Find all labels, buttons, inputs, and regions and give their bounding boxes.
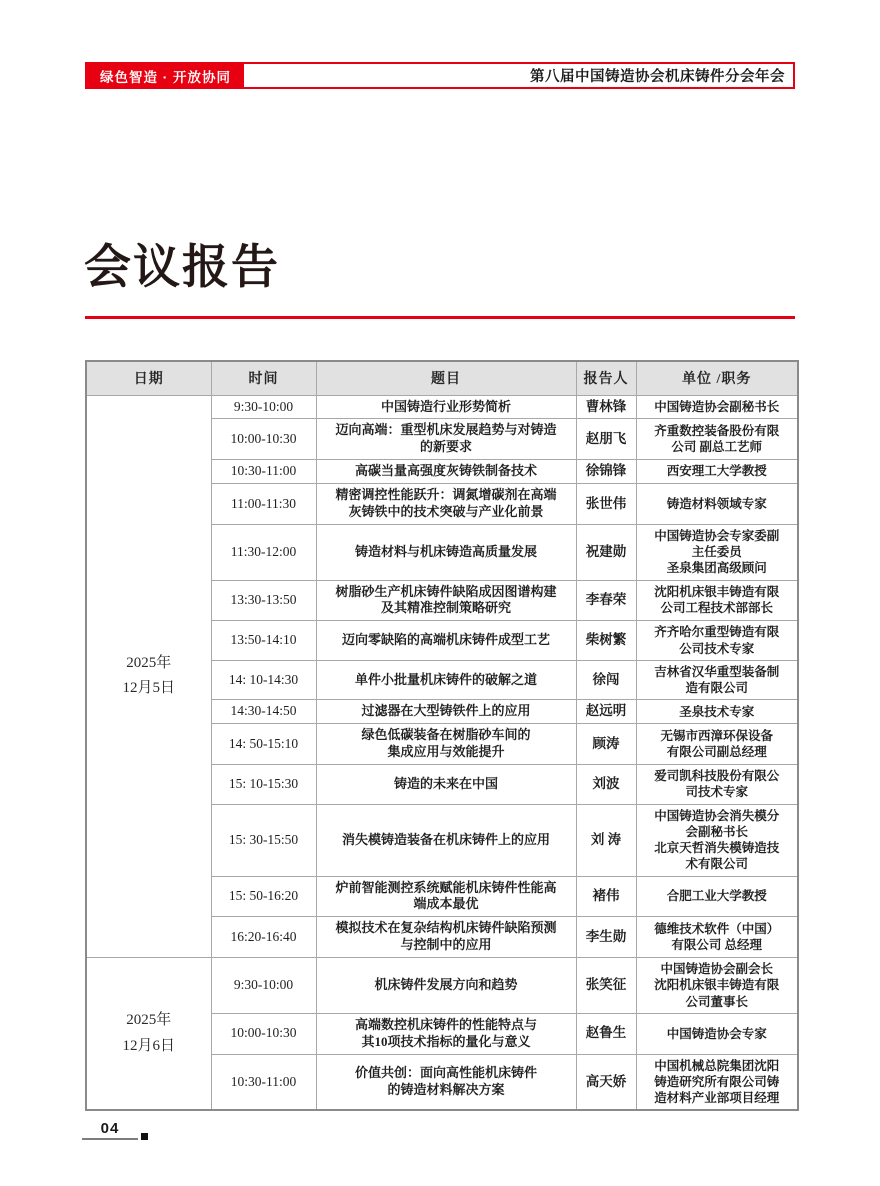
- title-cell: 单件小批量机床铸件的破解之道: [316, 660, 576, 700]
- speaker-cell: 张笑征: [576, 958, 636, 1014]
- time-cell: 15: 50-16:20: [211, 876, 316, 917]
- org-cell: 中国机械总院集团沈阳 铸造研究所有限公司铸 造材料产业部项目经理: [636, 1054, 798, 1110]
- time-cell: 10:00-10:30: [211, 1013, 316, 1054]
- col-header-date: 日期: [86, 361, 211, 395]
- title-cell: 价值共创：面向高性能机床铸件 的铸造材料解决方案: [316, 1054, 576, 1110]
- col-header-speaker: 报告人: [576, 361, 636, 395]
- speaker-cell: 赵鲁生: [576, 1013, 636, 1054]
- org-cell: 齐齐哈尔重型铸造有限 公司技术专家: [636, 621, 798, 661]
- org-cell: 中国铸造协会专家: [636, 1013, 798, 1054]
- page-number-rule: [82, 1138, 138, 1140]
- page-number: 04: [82, 1120, 138, 1137]
- col-header-time: 时间: [211, 361, 316, 395]
- time-cell: 9:30-10:00: [211, 958, 316, 1014]
- speaker-cell: 徐锦锋: [576, 460, 636, 484]
- date-cell: 2025年 12月5日: [86, 395, 211, 958]
- time-cell: 10:00-10:30: [211, 419, 316, 460]
- footer: 04: [82, 1120, 138, 1140]
- org-cell: 中国铸造协会副秘书长: [636, 395, 798, 419]
- page-header-strip: 绿色智造 · 开放协同 第八届中国铸造协会机床铸件分会年会: [85, 62, 795, 89]
- document-page: 绿色智造 · 开放协同 第八届中国铸造协会机床铸件分会年会 会议报告 日期 时间…: [0, 0, 880, 1186]
- date-cell: 2025年 12月6日: [86, 958, 211, 1111]
- agenda-table: 日期 时间 题目 报告人 单位 /职务 2025年 12月5日9:30-10:0…: [85, 360, 799, 1111]
- speaker-cell: 张世伟: [576, 484, 636, 525]
- title-cell: 铸造的未来在中国: [316, 765, 576, 805]
- time-cell: 13:30-13:50: [211, 580, 316, 621]
- speaker-cell: 刘波: [576, 765, 636, 805]
- speaker-cell: 高天娇: [576, 1054, 636, 1110]
- col-header-title: 题目: [316, 361, 576, 395]
- speaker-cell: 赵远明: [576, 700, 636, 724]
- org-cell: 中国铸造协会消失模分 会副秘书长 北京天哲消失模铸造技 术有限公司: [636, 804, 798, 876]
- col-header-org: 单位 /职务: [636, 361, 798, 395]
- time-cell: 14: 50-15:10: [211, 724, 316, 765]
- page-title: 会议报告: [84, 230, 280, 297]
- org-cell: 德维技术软件（中国） 有限公司 总经理: [636, 917, 798, 958]
- org-cell: 中国铸造协会专家委副 主任委员 圣泉集团高级顾问: [636, 524, 798, 580]
- title-cell: 高碳当量高强度灰铸铁制备技术: [316, 460, 576, 484]
- agenda-table-body: 2025年 12月5日9:30-10:00中国铸造行业形势简析曹林锋中国铸造协会…: [86, 395, 798, 1110]
- title-cell: 迈向高端：重型机床发展趋势与对铸造 的新要求: [316, 419, 576, 460]
- title-cell: 中国铸造行业形势简析: [316, 395, 576, 419]
- table-row: 2025年 12月5日9:30-10:00中国铸造行业形势简析曹林锋中国铸造协会…: [86, 395, 798, 419]
- title-cell: 绿色低碳装备在树脂砂车间的 集成应用与效能提升: [316, 724, 576, 765]
- time-cell: 15: 10-15:30: [211, 765, 316, 805]
- time-cell: 11:30-12:00: [211, 524, 316, 580]
- title-cell: 机床铸件发展方向和趋势: [316, 958, 576, 1014]
- title-cell: 铸造材料与机床铸造高质量发展: [316, 524, 576, 580]
- title-rule-divider: [85, 316, 795, 319]
- table-row: 2025年 12月6日9:30-10:00机床铸件发展方向和趋势张笑征中国铸造协…: [86, 958, 798, 1014]
- time-cell: 10:30-11:00: [211, 1054, 316, 1110]
- time-cell: 15: 30-15:50: [211, 804, 316, 876]
- title-cell: 高端数控机床铸件的性能特点与 其10项技术指标的量化与意义: [316, 1013, 576, 1054]
- time-cell: 10:30-11:00: [211, 460, 316, 484]
- org-cell: 中国铸造协会副会长 沈阳机床银丰铸造有限 公司董事长: [636, 958, 798, 1014]
- speaker-cell: 祝建勋: [576, 524, 636, 580]
- speaker-cell: 李春荣: [576, 580, 636, 621]
- org-cell: 圣泉技术专家: [636, 700, 798, 724]
- title-cell: 模拟技术在复杂结构机床铸件缺陷预测 与控制中的应用: [316, 917, 576, 958]
- org-cell: 沈阳机床银丰铸造有限 公司工程技术部部长: [636, 580, 798, 621]
- title-cell: 消失模铸造装备在机床铸件上的应用: [316, 804, 576, 876]
- speaker-cell: 李生勋: [576, 917, 636, 958]
- speaker-cell: 曹林锋: [576, 395, 636, 419]
- time-cell: 16:20-16:40: [211, 917, 316, 958]
- org-cell: 西安理工大学教授: [636, 460, 798, 484]
- title-cell: 树脂砂生产机床铸件缺陷成因图谱构建 及其精准控制策略研究: [316, 580, 576, 621]
- org-cell: 合肥工业大学教授: [636, 876, 798, 917]
- header-event-title: 第八届中国铸造协会机床铸件分会年会: [244, 64, 793, 87]
- org-cell: 吉林省汉华重型装备制 造有限公司: [636, 660, 798, 700]
- time-cell: 13:50-14:10: [211, 621, 316, 661]
- header-slogan-badge: 绿色智造 · 开放协同: [87, 64, 244, 87]
- org-cell: 无锡市西漳环保设备 有限公司副总经理: [636, 724, 798, 765]
- speaker-cell: 柴树繁: [576, 621, 636, 661]
- org-cell: 爱司凯科技股份有限公 司技术专家: [636, 765, 798, 805]
- title-cell: 炉前智能测控系统赋能机床铸件性能高 端成本最优: [316, 876, 576, 917]
- org-cell: 齐重数控装备股份有限 公司 副总工艺师: [636, 419, 798, 460]
- speaker-cell: 顾涛: [576, 724, 636, 765]
- speaker-cell: 褚伟: [576, 876, 636, 917]
- time-cell: 11:00-11:30: [211, 484, 316, 525]
- time-cell: 9:30-10:00: [211, 395, 316, 419]
- title-cell: 过滤器在大型铸铁件上的应用: [316, 700, 576, 724]
- title-cell: 精密调控性能跃升：调氮增碳剂在高端 灰铸铁中的技术突破与产业化前景: [316, 484, 576, 525]
- page-number-square: [141, 1133, 148, 1140]
- time-cell: 14: 10-14:30: [211, 660, 316, 700]
- org-cell: 铸造材料领域专家: [636, 484, 798, 525]
- header-slogan-text: 绿色智造 · 开放协同: [100, 66, 231, 86]
- title-cell: 迈向零缺陷的高端机床铸件成型工艺: [316, 621, 576, 661]
- speaker-cell: 赵朋飞: [576, 419, 636, 460]
- speaker-cell: 刘 涛: [576, 804, 636, 876]
- table-header-row: 日期 时间 题目 报告人 单位 /职务: [86, 361, 798, 395]
- speaker-cell: 徐闯: [576, 660, 636, 700]
- time-cell: 14:30-14:50: [211, 700, 316, 724]
